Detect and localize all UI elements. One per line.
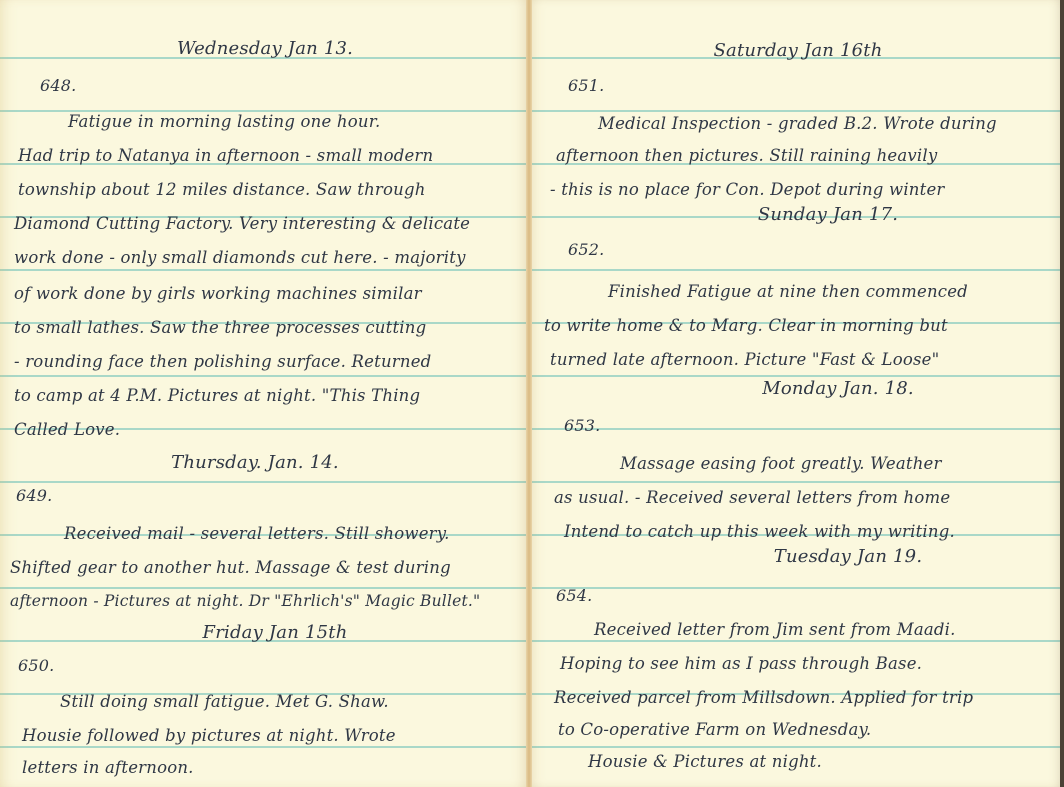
entry-number: 650. bbox=[18, 656, 54, 675]
right-page: Saturday Jan 16th 651. Medical Inspectio… bbox=[528, 0, 1064, 787]
entry-line: work done - only small diamonds cut here… bbox=[14, 248, 466, 267]
entry-line: - this is no place for Con. Depot during… bbox=[550, 180, 945, 199]
entry-line: to write home & to Marg. Clear in mornin… bbox=[544, 316, 948, 335]
entry-line: Massage easing foot greatly. Weather bbox=[620, 454, 942, 473]
entry-number: 652. bbox=[568, 240, 604, 259]
entry-heading: Tuesday Jan 19. bbox=[728, 546, 968, 567]
entry-number: 651. bbox=[568, 76, 604, 95]
entry-line: Hoping to see him as I pass through Base… bbox=[560, 654, 922, 673]
entry-heading: Sunday Jan 17. bbox=[708, 204, 948, 225]
entry-number: 648. bbox=[40, 76, 76, 95]
entry-heading: Thursday. Jan. 14. bbox=[140, 452, 370, 473]
entry-line: Intend to catch up this week with my wri… bbox=[564, 522, 955, 541]
entry-line: township about 12 miles distance. Saw th… bbox=[18, 180, 426, 199]
entry-line: Received parcel from Millsdown. Applied … bbox=[554, 688, 973, 707]
entry-heading: Wednesday Jan 13. bbox=[150, 38, 380, 59]
entry-heading: Saturday Jan 16th bbox=[678, 40, 918, 61]
entry-line: Had trip to Natanya in afternoon - small… bbox=[18, 146, 433, 165]
entry-line: Housie followed by pictures at night. Wr… bbox=[22, 726, 396, 745]
diary-spread: Wednesday Jan 13. 648. Fatigue in mornin… bbox=[0, 0, 1064, 787]
entry-line: Finished Fatigue at nine then commenced bbox=[608, 282, 968, 301]
entry-number: 653. bbox=[564, 416, 600, 435]
entry-line: Still doing small fatigue. Met G. Shaw. bbox=[60, 692, 389, 711]
entry-line: Received mail - several letters. Still s… bbox=[64, 524, 450, 543]
entry-line: - rounding face then polishing surface. … bbox=[14, 352, 431, 371]
entry-line: letters in afternoon. bbox=[22, 758, 194, 777]
entry-heading: Friday Jan 15th bbox=[160, 622, 390, 643]
entry-line: turned late afternoon. Picture "Fast & L… bbox=[550, 350, 939, 369]
entry-line: of work done by girls working machines s… bbox=[14, 284, 422, 303]
page-edge bbox=[1060, 0, 1064, 787]
entry-line: afternoon then pictures. Still raining h… bbox=[556, 146, 937, 165]
entry-number: 649. bbox=[16, 486, 52, 505]
left-page: Wednesday Jan 13. 648. Fatigue in mornin… bbox=[0, 0, 528, 787]
entry-line: Diamond Cutting Factory. Very interestin… bbox=[14, 214, 470, 233]
entry-line: Called Love. bbox=[14, 420, 120, 439]
page-gutter bbox=[526, 0, 532, 787]
entry-line: afternoon - Pictures at night. Dr "Ehrli… bbox=[10, 592, 480, 610]
entry-line: as usual. - Received several letters fro… bbox=[554, 488, 950, 507]
entry-line: Shifted gear to another hut. Massage & t… bbox=[10, 558, 451, 577]
entry-line: Fatigue in morning lasting one hour. bbox=[68, 112, 380, 131]
entry-line: to small lathes. Saw the three processes… bbox=[14, 318, 426, 337]
entry-line: Medical Inspection - graded B.2. Wrote d… bbox=[598, 114, 997, 133]
entry-number: 654. bbox=[556, 586, 592, 605]
entry-line: Housie & Pictures at night. bbox=[588, 752, 822, 771]
entry-line: to Co-operative Farm on Wednesday. bbox=[558, 720, 871, 739]
entry-line: to camp at 4 P.M. Pictures at night. "Th… bbox=[14, 386, 420, 405]
entry-line: Received letter from Jim sent from Maadi… bbox=[594, 620, 956, 639]
entry-heading: Monday Jan. 18. bbox=[718, 378, 958, 399]
